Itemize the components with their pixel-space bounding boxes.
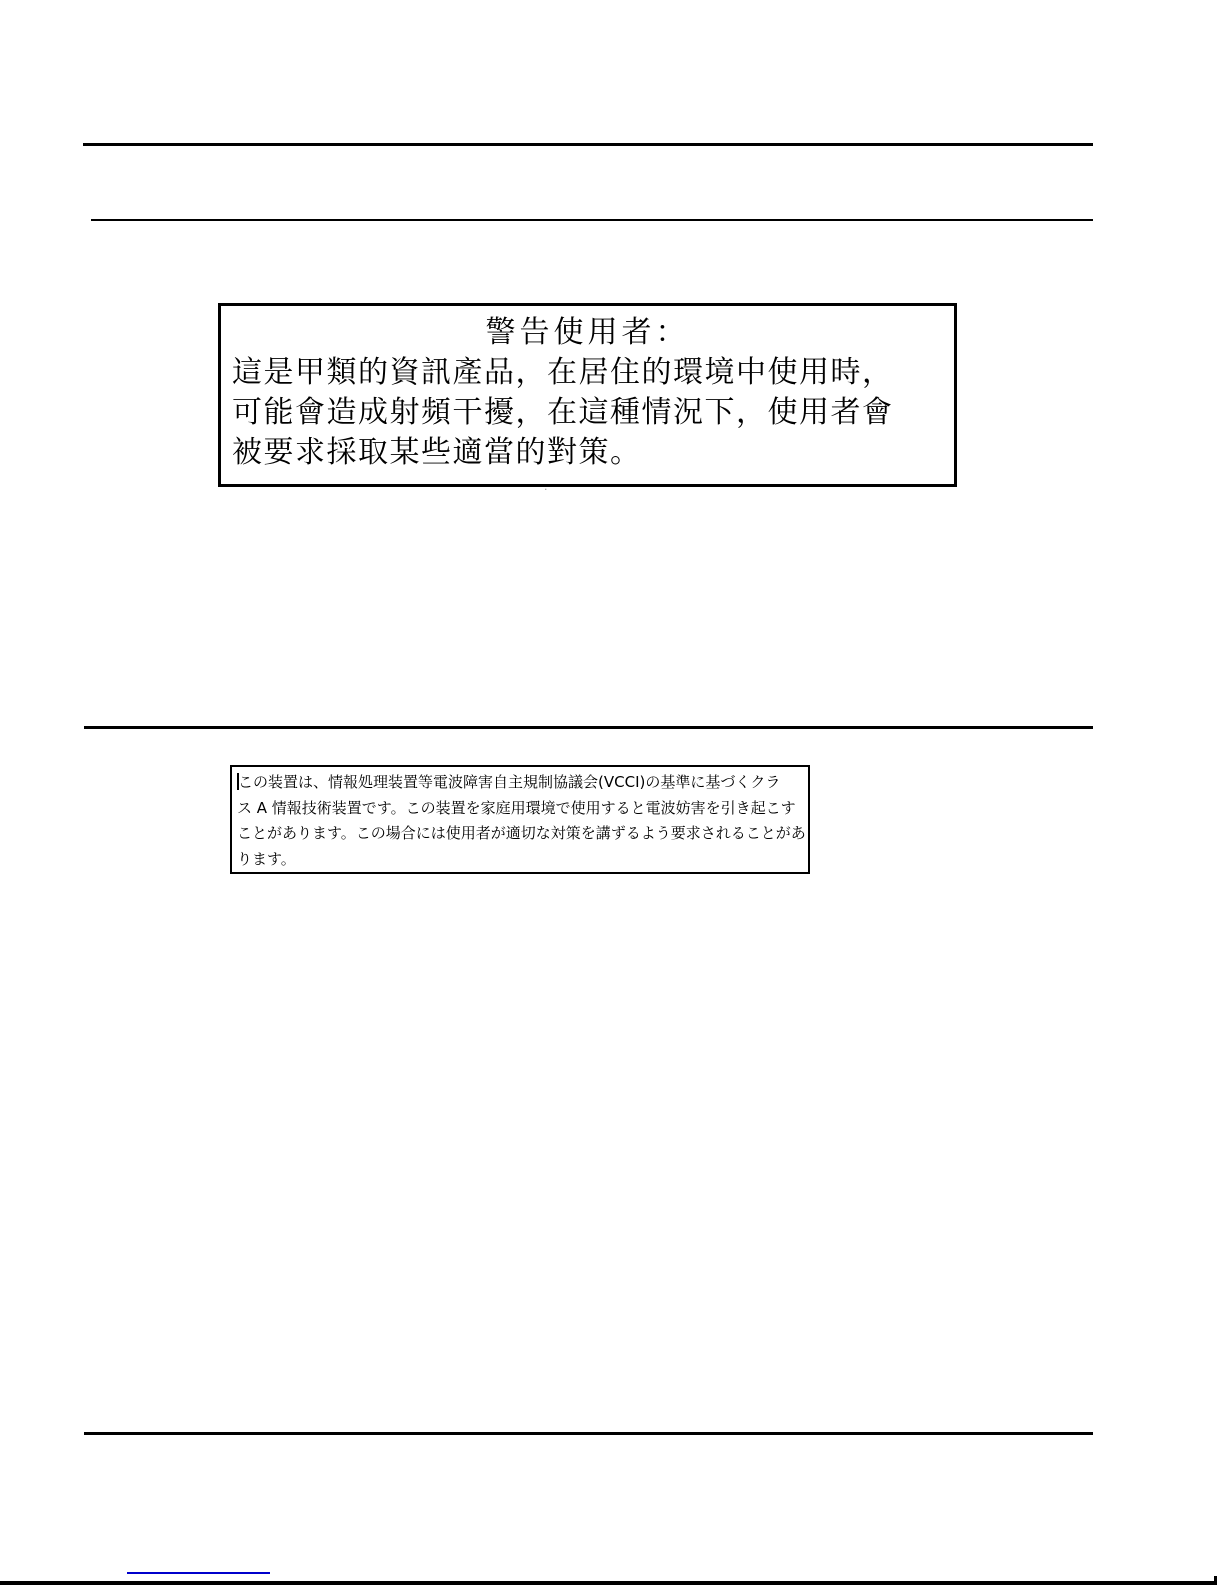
stray-period: .: [544, 480, 548, 493]
warning-line-zh-1: 這是甲類的資訊產品，在居住的環境中使用時，: [221, 353, 954, 393]
warning-line-zh-3: 被要求採取某些適當的對策。: [221, 433, 954, 473]
page-bottom-edge-tick: [1214, 1576, 1217, 1585]
warning-line-zh-2: 可能會造成射頻干擾，在這種情況下，使用者會: [221, 393, 954, 433]
vcci-notice-box-ja: この装置は、情報処理装置等電波障害自主規制協議会(VCCI)の基準に基づくクラ …: [230, 765, 810, 874]
vcci-line-ja-3: ことがあります。この場合には使用者が適切な対策を講ずるよう要求されることがあ: [237, 821, 804, 847]
vcci-line-ja-4: ります。: [237, 847, 804, 873]
footer-rule: [84, 1432, 1093, 1435]
footer-link-underline[interactable]: [127, 1572, 270, 1574]
warning-title-zh: 警告使用者：: [221, 313, 954, 353]
class-a-warning-box-zh: 警告使用者： 這是甲類的資訊產品，在居住的環境中使用時， 可能會造成射頻干擾，在…: [218, 303, 957, 487]
header-rule-top: [83, 143, 1093, 146]
page-bottom-edge: [0, 1581, 1217, 1585]
vcci-line-ja-2: ス A 情報技術装置です。この装置を家庭用環境で使用すると電波妨害を引き起こす: [237, 796, 804, 822]
vcci-line-ja-1: この装置は、情報処理装置等電波障害自主規制協議会(VCCI)の基準に基づくクラ: [237, 770, 804, 796]
header-rule-bottom: [91, 219, 1093, 221]
vcci-line-ja-1-text: この装置は、情報処理装置等電波障害自主規制協議会(VCCI)の基準に基づくクラ: [238, 773, 780, 791]
section-rule: [84, 726, 1093, 729]
